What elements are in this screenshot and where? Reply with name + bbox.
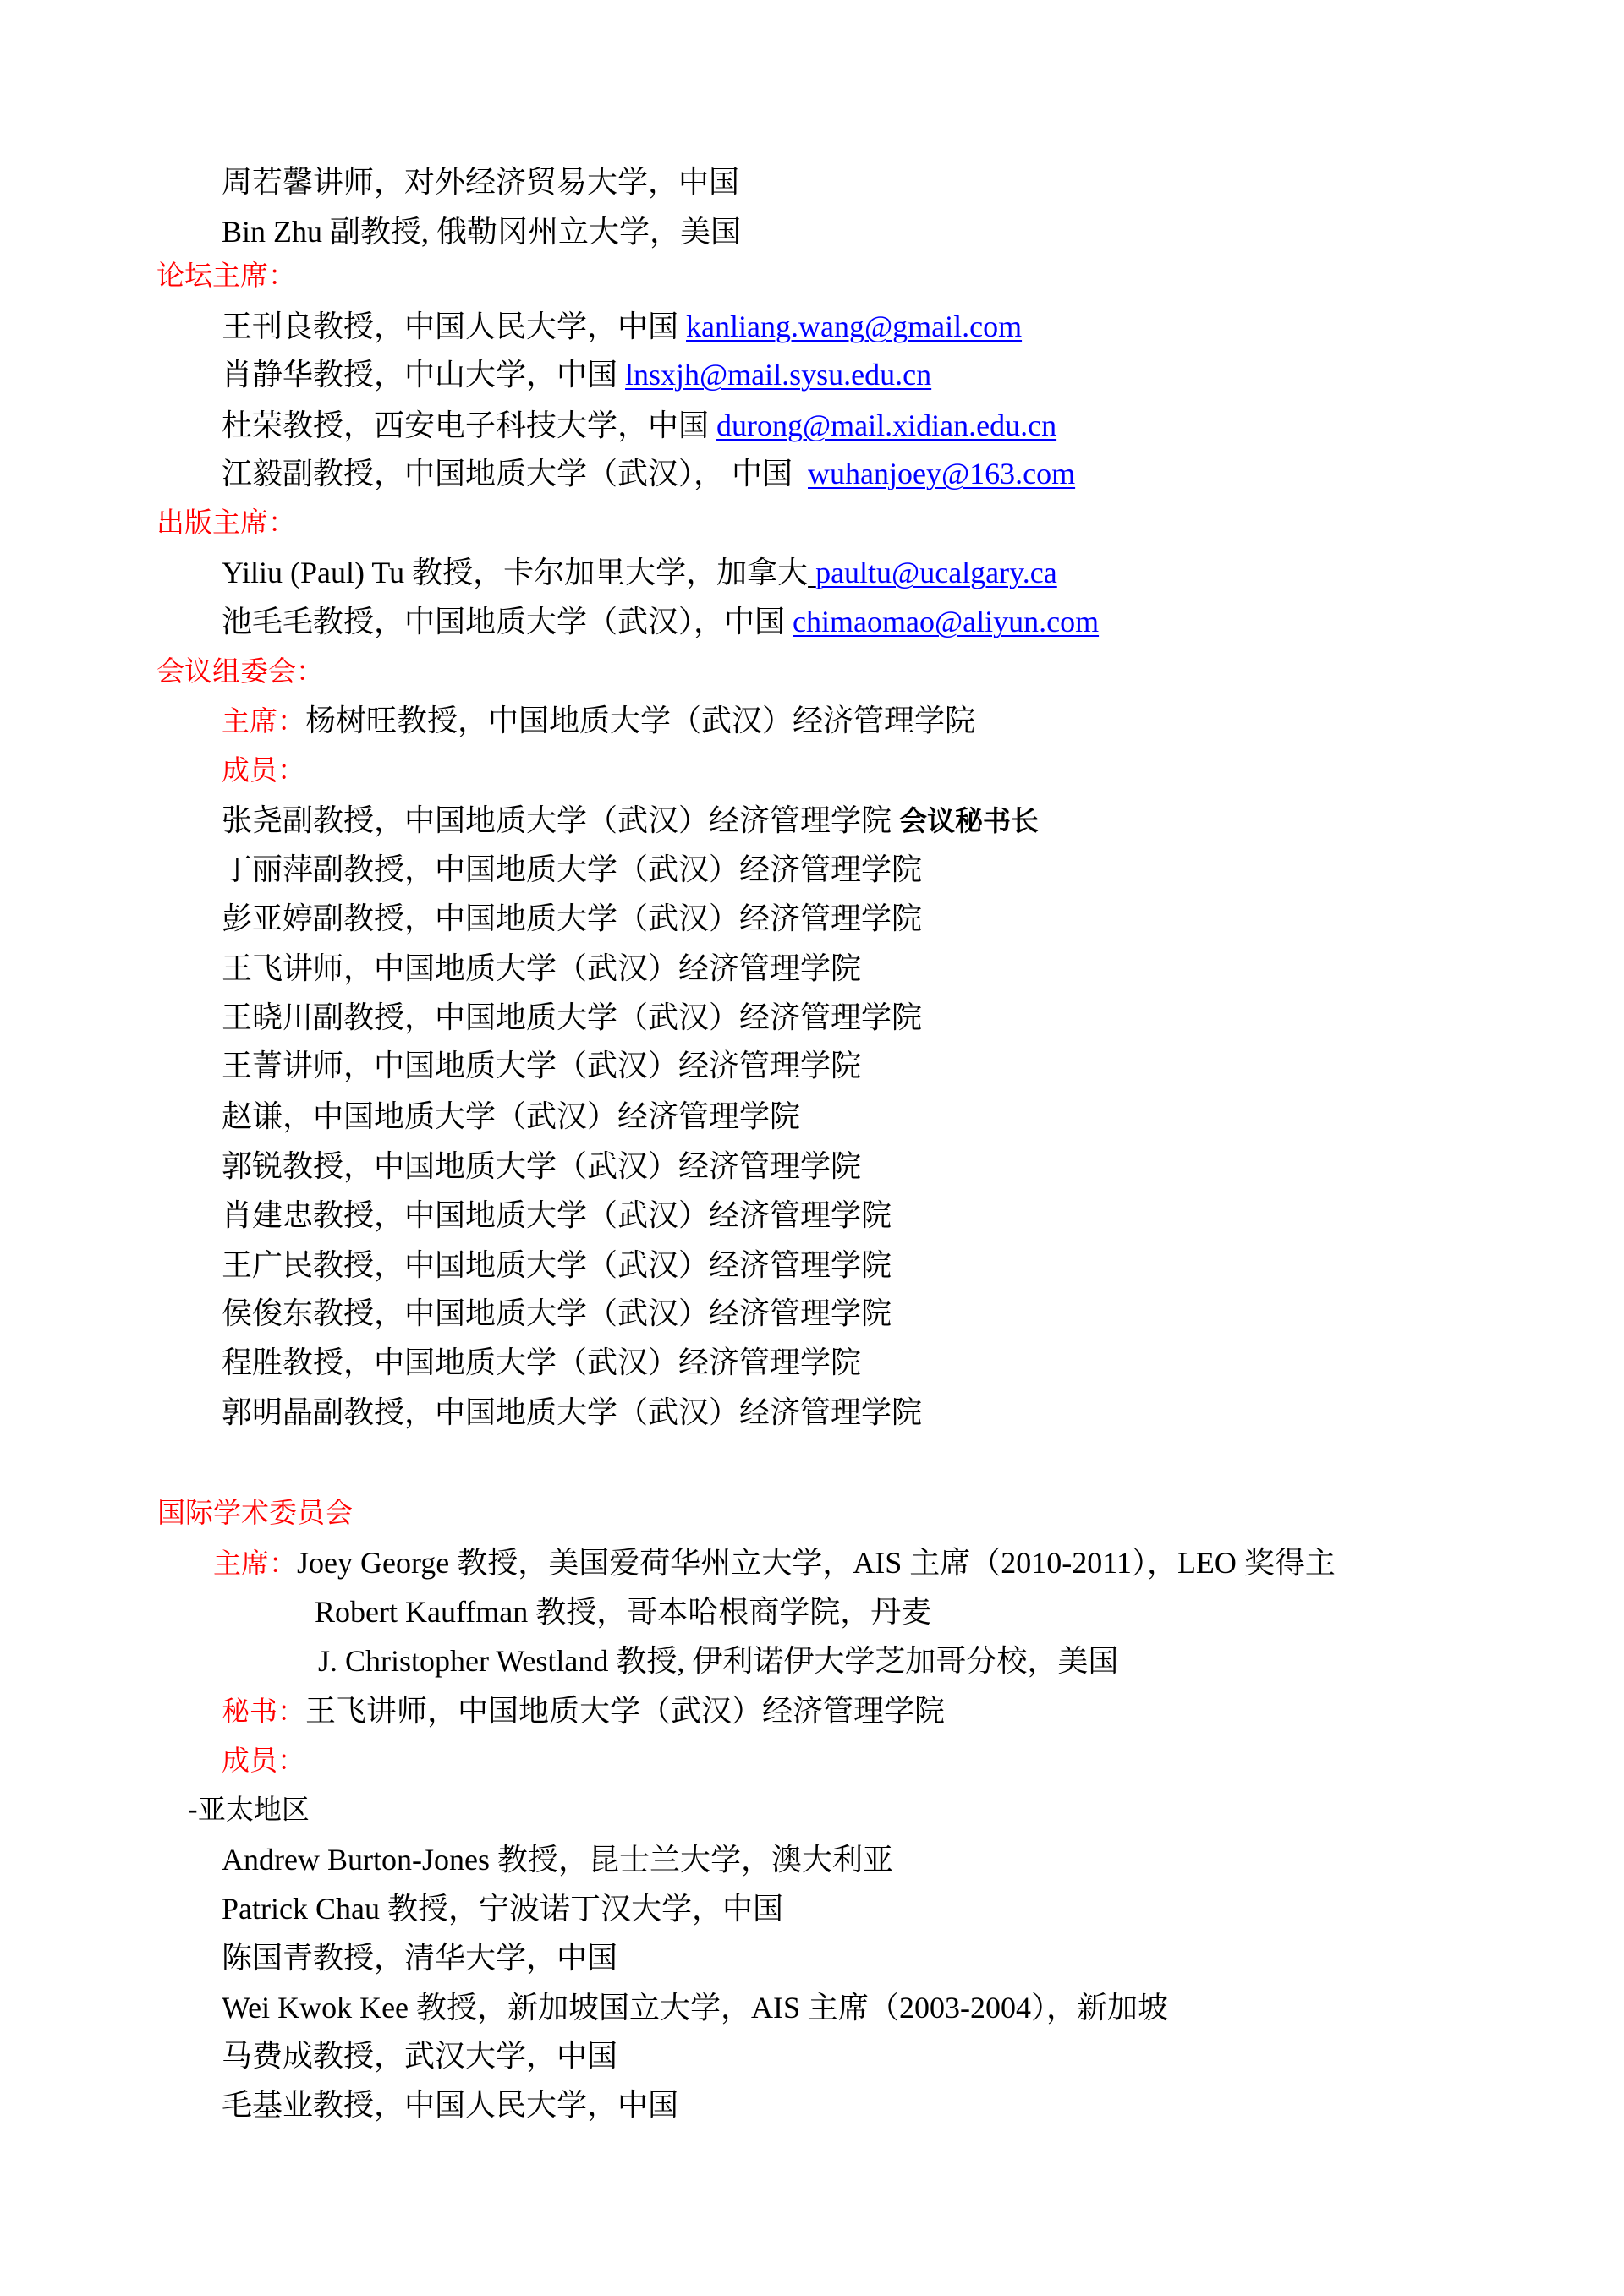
member-line: 毛基业教授，中国人民大学，中国 bbox=[222, 2080, 678, 2129]
member-line: 程胜教授，中国地质大学（武汉）经济管理学院 bbox=[222, 1338, 861, 1387]
member-line: Andrew Burton-Jones 教授，昆士兰大学，澳大利亚 bbox=[222, 1835, 893, 1884]
secretary-text: 王飞讲师，中国地质大学（武汉）经济管理学院 bbox=[305, 1694, 945, 1728]
member-line: Bin Zhu 副教授, 俄勒冈州立大学，美国 bbox=[222, 207, 741, 256]
member-line: 赵谦，中国地质大学（武汉）经济管理学院 bbox=[222, 1092, 800, 1141]
intl-chair-line: 主席：Joey George 教授，美国爱荷华州立大学，AIS 主席（2010-… bbox=[213, 1538, 1336, 1587]
forum-chair-text: 江毅副教授，中国地质大学（武汉）， 中国 bbox=[222, 457, 808, 490]
member-line: 丁丽萍副教授，中国地质大学（武汉）经济管理学院 bbox=[222, 845, 922, 894]
forum-chair-text: 肖静华教授，中山大学，中国 bbox=[222, 358, 625, 392]
secretary-label: 秘书： bbox=[222, 1695, 305, 1728]
member-line: 张尧副教授，中国地质大学（武汉）经济管理学院 会议秘书长 bbox=[222, 796, 1039, 845]
member-line: 郭锐教授，中国地质大学（武汉）经济管理学院 bbox=[222, 1142, 861, 1191]
region-label: -亚太地区 bbox=[188, 1785, 310, 1834]
member-line: Patrick Chau 教授，宁波诺丁汉大学，中国 bbox=[222, 1884, 783, 1933]
chair-label: 主席： bbox=[213, 1547, 297, 1580]
publication-chair-line: 池毛毛教授，中国地质大学（武汉），中国 chimaomao@aliyun.com bbox=[222, 597, 1099, 646]
forum-chair-text: 王刊良教授，中国人民大学，中国 bbox=[222, 310, 686, 343]
intl-secretary-line: 秘书：王飞讲师，中国地质大学（武汉）经济管理学院 bbox=[222, 1686, 945, 1735]
member-line: 王菁讲师，中国地质大学（武汉）经济管理学院 bbox=[222, 1041, 861, 1090]
publication-chair-line: Yiliu (Paul) Tu 教授，卡尔加里大学，加拿大 paultu@uca… bbox=[222, 548, 1057, 597]
chair-text: Joey George 教授，美国爱荷华州立大学，AIS 主席（2010-201… bbox=[297, 1546, 1336, 1580]
forum-chair-line: 杜荣教授，西安电子科技大学，中国 durong@mail.xidian.edu.… bbox=[222, 401, 1056, 450]
organizing-chair-line: 主席：杨树旺教授，中国地质大学（武汉）经济管理学院 bbox=[222, 696, 975, 745]
section-heading-international-committee: 国际学术委员会 bbox=[157, 1488, 353, 1537]
member-text: 张尧副教授，中国地质大学（武汉）经济管理学院 bbox=[222, 803, 899, 837]
member-line: 王广民教授，中国地质大学（武汉）经济管理学院 bbox=[222, 1241, 892, 1290]
email-link[interactable]: chimaomao@aliyun.com bbox=[793, 605, 1099, 638]
email-link[interactable]: paultu@ucalgary.ca bbox=[815, 556, 1057, 589]
publication-chair-text: Yiliu (Paul) Tu 教授，卡尔加里大学，加拿大 bbox=[222, 556, 808, 589]
forum-chair-text: 杜荣教授，西安电子科技大学，中国 bbox=[222, 408, 716, 442]
publication-chair-text: 池毛毛教授，中国地质大学（武汉），中国 bbox=[222, 605, 793, 638]
member-line: 周若馨讲师，对外经济贸易大学，中国 bbox=[222, 157, 739, 206]
email-link[interactable]: wuhanjoey@163.com bbox=[808, 457, 1075, 490]
member-line: 马费成教授，武汉大学，中国 bbox=[222, 2031, 617, 2080]
role-badge: 会议秘书长 bbox=[899, 804, 1039, 837]
forum-chair-line: 江毅副教授，中国地质大学（武汉）， 中国 wuhanjoey@163.com bbox=[222, 449, 1075, 498]
email-link[interactable]: lnsxjh@mail.sysu.edu.cn bbox=[625, 358, 931, 392]
chair-label: 主席： bbox=[222, 704, 305, 737]
section-heading-organizing-committee: 会议组委会： bbox=[156, 647, 324, 696]
section-heading-forum-chairs: 论坛主席： bbox=[156, 251, 296, 300]
members-label: 成员： bbox=[222, 1736, 305, 1785]
member-line: 陈国青教授，清华大学，中国 bbox=[222, 1933, 617, 1982]
forum-chair-line: 肖静华教授，中山大学，中国 lnsxjh@mail.sysu.edu.cn bbox=[222, 350, 931, 399]
chair-text: 杨树旺教授，中国地质大学（武汉）经济管理学院 bbox=[305, 704, 975, 737]
section-heading-publication-chairs: 出版主席： bbox=[156, 498, 296, 547]
underlined-space bbox=[808, 556, 815, 589]
member-line: 王晓川副教授，中国地质大学（武汉）经济管理学院 bbox=[222, 993, 922, 1042]
members-label: 成员： bbox=[222, 746, 305, 795]
member-line: 郭明晶副教授，中国地质大学（武汉）经济管理学院 bbox=[222, 1388, 922, 1437]
member-line: 王飞讲师，中国地质大学（武汉）经济管理学院 bbox=[222, 944, 861, 993]
member-line: 肖建忠教授，中国地质大学（武汉）经济管理学院 bbox=[222, 1191, 892, 1240]
email-link[interactable]: durong@mail.xidian.edu.cn bbox=[716, 408, 1056, 442]
member-line: Wei Kwok Kee 教授，新加坡国立大学，AIS 主席（2003-2004… bbox=[222, 1983, 1168, 2032]
intl-chair-line: J. Christopher Westland 教授, 伊利诺伊大学芝加哥分校，… bbox=[318, 1636, 1118, 1685]
member-line: 彭亚婷副教授，中国地质大学（武汉）经济管理学院 bbox=[222, 894, 922, 943]
intl-chair-line: Robert Kauffman 教授，哥本哈根商学院，丹麦 bbox=[315, 1587, 931, 1636]
forum-chair-line: 王刊良教授，中国人民大学，中国 kanliang.wang@gmail.com bbox=[222, 302, 1022, 351]
email-link[interactable]: kanliang.wang@gmail.com bbox=[686, 310, 1022, 343]
member-line: 侯俊东教授，中国地质大学（武汉）经济管理学院 bbox=[222, 1289, 892, 1338]
